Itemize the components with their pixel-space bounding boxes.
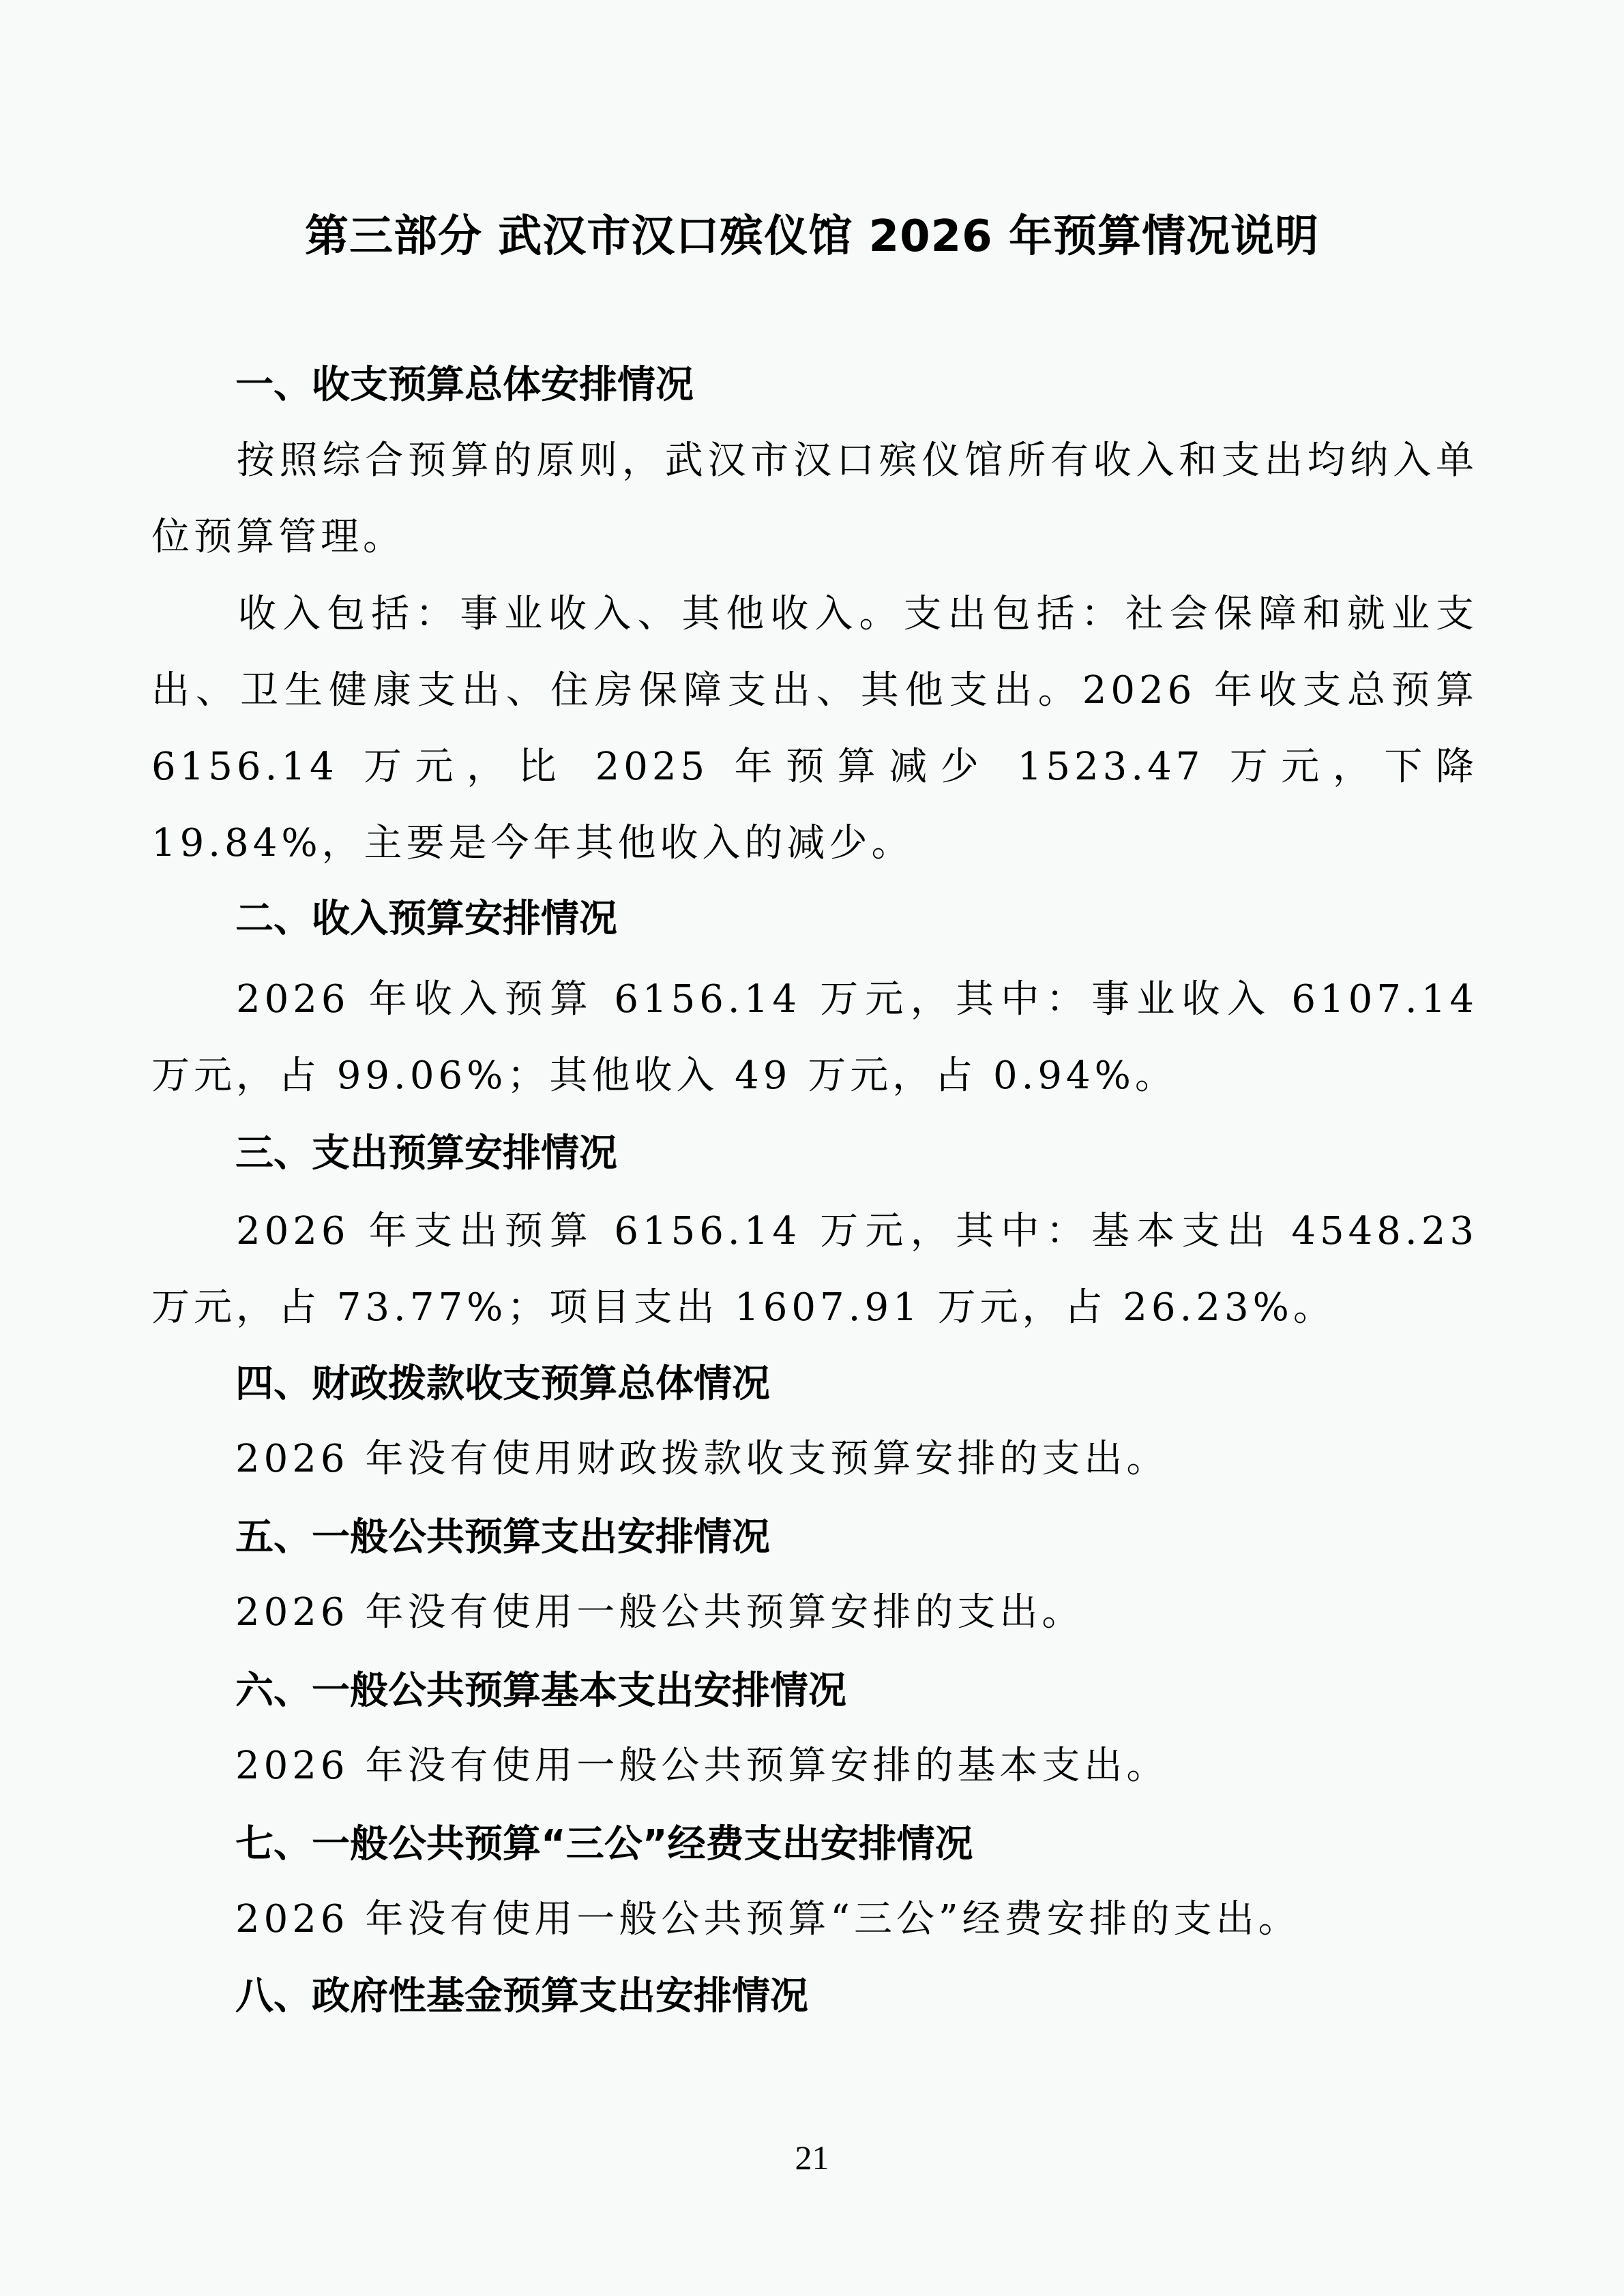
section-heading-7: 七、一般公共预算“三公”经费支出安排情况 xyxy=(235,1817,973,1872)
section-heading-3: 三、支出预算安排情况 xyxy=(235,1127,617,1181)
section-heading-1: 一、收支预算总体安排情况 xyxy=(235,358,694,413)
section-7-paragraph-1: 2026 年没有使用一般公共预算“三公”经费安排的支出。 xyxy=(235,1892,1301,1947)
section-4-paragraph-1: 2026 年没有使用财政拨款收支预算安排的支出。 xyxy=(235,1432,1168,1487)
section-3-paragraph-1: 2026 年支出预算 6156.14 万元，其中：基本支出 4548.23 万元… xyxy=(151,1193,1478,1346)
section-heading-6: 六、一般公共预算基本支出安排情况 xyxy=(235,1664,846,1718)
section-heading-8: 八、政府性基金预算支出安排情况 xyxy=(235,1969,808,2024)
section-1-paragraph-2: 收入包括：事业收入、其他收入。支出包括：社会保障和就业支出、卫生健康支出、住房保… xyxy=(151,576,1478,882)
page-title: 第三部分 武汉市汉口殡仪馆 2026 年预算情况说明 xyxy=(0,201,1624,264)
section-6-paragraph-1: 2026 年没有使用一般公共预算安排的基本支出。 xyxy=(235,1739,1168,1793)
section-5-paragraph-1: 2026 年没有使用一般公共预算安排的支出。 xyxy=(235,1585,1084,1640)
section-2-paragraph-1: 2026 年收入预算 6156.14 万元，其中：事业收入 6107.14 万元… xyxy=(151,961,1478,1114)
section-heading-4: 四、财政拨款收支预算总体情况 xyxy=(235,1357,770,1412)
section-heading-2: 二、收入预算安排情况 xyxy=(235,892,617,946)
page-number: 21 xyxy=(0,2138,1624,2177)
section-1-paragraph-1: 按照综合预算的原则，武汉市汉口殡仪馆所有收入和支出均纳入单位预算管理。 xyxy=(151,423,1478,576)
section-heading-5: 五、一般公共预算支出安排情况 xyxy=(235,1510,770,1565)
